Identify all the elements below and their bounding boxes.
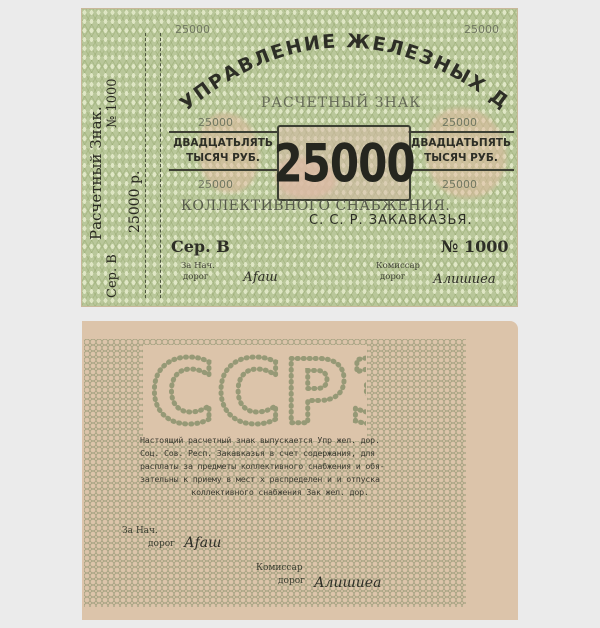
banknote-front: Расчетный Знак. Сер. В № 1000 25000 р. У… xyxy=(81,8,518,307)
back-signature-left: Аfаш xyxy=(184,535,221,551)
back-signature-right: Алишиеа xyxy=(314,575,381,591)
panel-line: ДВАДЦАТЬЛЯТЬ xyxy=(169,136,277,151)
label-line: дорог xyxy=(181,272,215,283)
signature-right: Алишиеа xyxy=(433,272,496,287)
paragraph-line: зательны к приему в мест х распределен и… xyxy=(140,473,420,486)
panel-line: ТЫСЯЧ РУБ. xyxy=(169,151,277,166)
right-denomination-panel: ДВАДЦАТЬПЯТЬ ТЫСЯЧ РУБ. xyxy=(408,131,514,171)
corner-value: 25000 xyxy=(198,116,233,129)
label-line: дорог xyxy=(122,538,175,551)
signature-label-right: Комиссар дорог xyxy=(376,261,420,283)
label-line: За Нач. xyxy=(122,525,175,538)
signature-left: Аfаш xyxy=(243,270,278,285)
paragraph-line: коллективного снабжения Зак жел. дор. xyxy=(140,486,420,499)
back-signature-label-left: За Нач. дорог xyxy=(122,525,175,551)
issuer-line-1: КОЛЛЕКТИВНОГО СНАБЖЕНИЯ. xyxy=(181,198,450,214)
panel-line: ТЫСЯЧ РУБ. xyxy=(408,151,514,166)
left-denomination-panel: ДВАДЦАТЬЛЯТЬ ТЫСЯЧ РУБ. xyxy=(169,131,277,171)
stub-amount: 25000 р. xyxy=(127,171,143,233)
banknote-back: ССРЗ Настоящий расчетный знак выпускаетс… xyxy=(82,321,518,620)
paragraph-line: Соц. Сов. Респ. Закавказья в счет содерж… xyxy=(140,447,420,460)
corner-value: 25000 xyxy=(442,116,477,129)
denomination-value: 25000 xyxy=(273,132,414,193)
label-line: Комиссар xyxy=(256,562,305,575)
note-subtitle: РАСЧЕТНЫЙ ЗНАК xyxy=(261,95,421,111)
corner-value: 25000 xyxy=(464,23,499,36)
corner-value: 25000 xyxy=(175,23,210,36)
corner-value: 25000 xyxy=(442,178,477,191)
stub-series: Сер. В xyxy=(105,254,120,298)
series-label: Сер. В xyxy=(171,237,230,256)
denomination-frame: 25000 xyxy=(277,125,411,201)
dotted-letters: ССРЗ xyxy=(146,351,366,431)
dotted-letters-text: ССРЗ xyxy=(150,351,366,431)
signature-label-left: За Нач. дорог xyxy=(181,261,215,283)
paragraph-line: Настоящий расчетный знак выпускается Упр… xyxy=(140,434,420,447)
paragraph-line: расплаты за предметы коллективного снабж… xyxy=(140,460,420,473)
back-signature-label-right: Комиссар дорог xyxy=(256,562,305,588)
issuer-line-2: С. С. Р. ЗАКАВКАЗЬЯ. xyxy=(309,213,473,228)
panel-line: ДВАДЦАТЬПЯТЬ xyxy=(408,136,514,151)
label-line: За Нач. xyxy=(181,261,215,272)
stub-title: Расчетный Знак. xyxy=(87,106,105,240)
serial-number: № 1000 xyxy=(441,237,509,256)
label-line: дорог xyxy=(256,575,305,588)
label-line: дорог xyxy=(376,272,420,283)
corner-value: 25000 xyxy=(198,178,233,191)
back-paragraph: Настоящий расчетный знак выпускается Упр… xyxy=(140,434,420,499)
label-line: Комиссар xyxy=(376,261,420,272)
